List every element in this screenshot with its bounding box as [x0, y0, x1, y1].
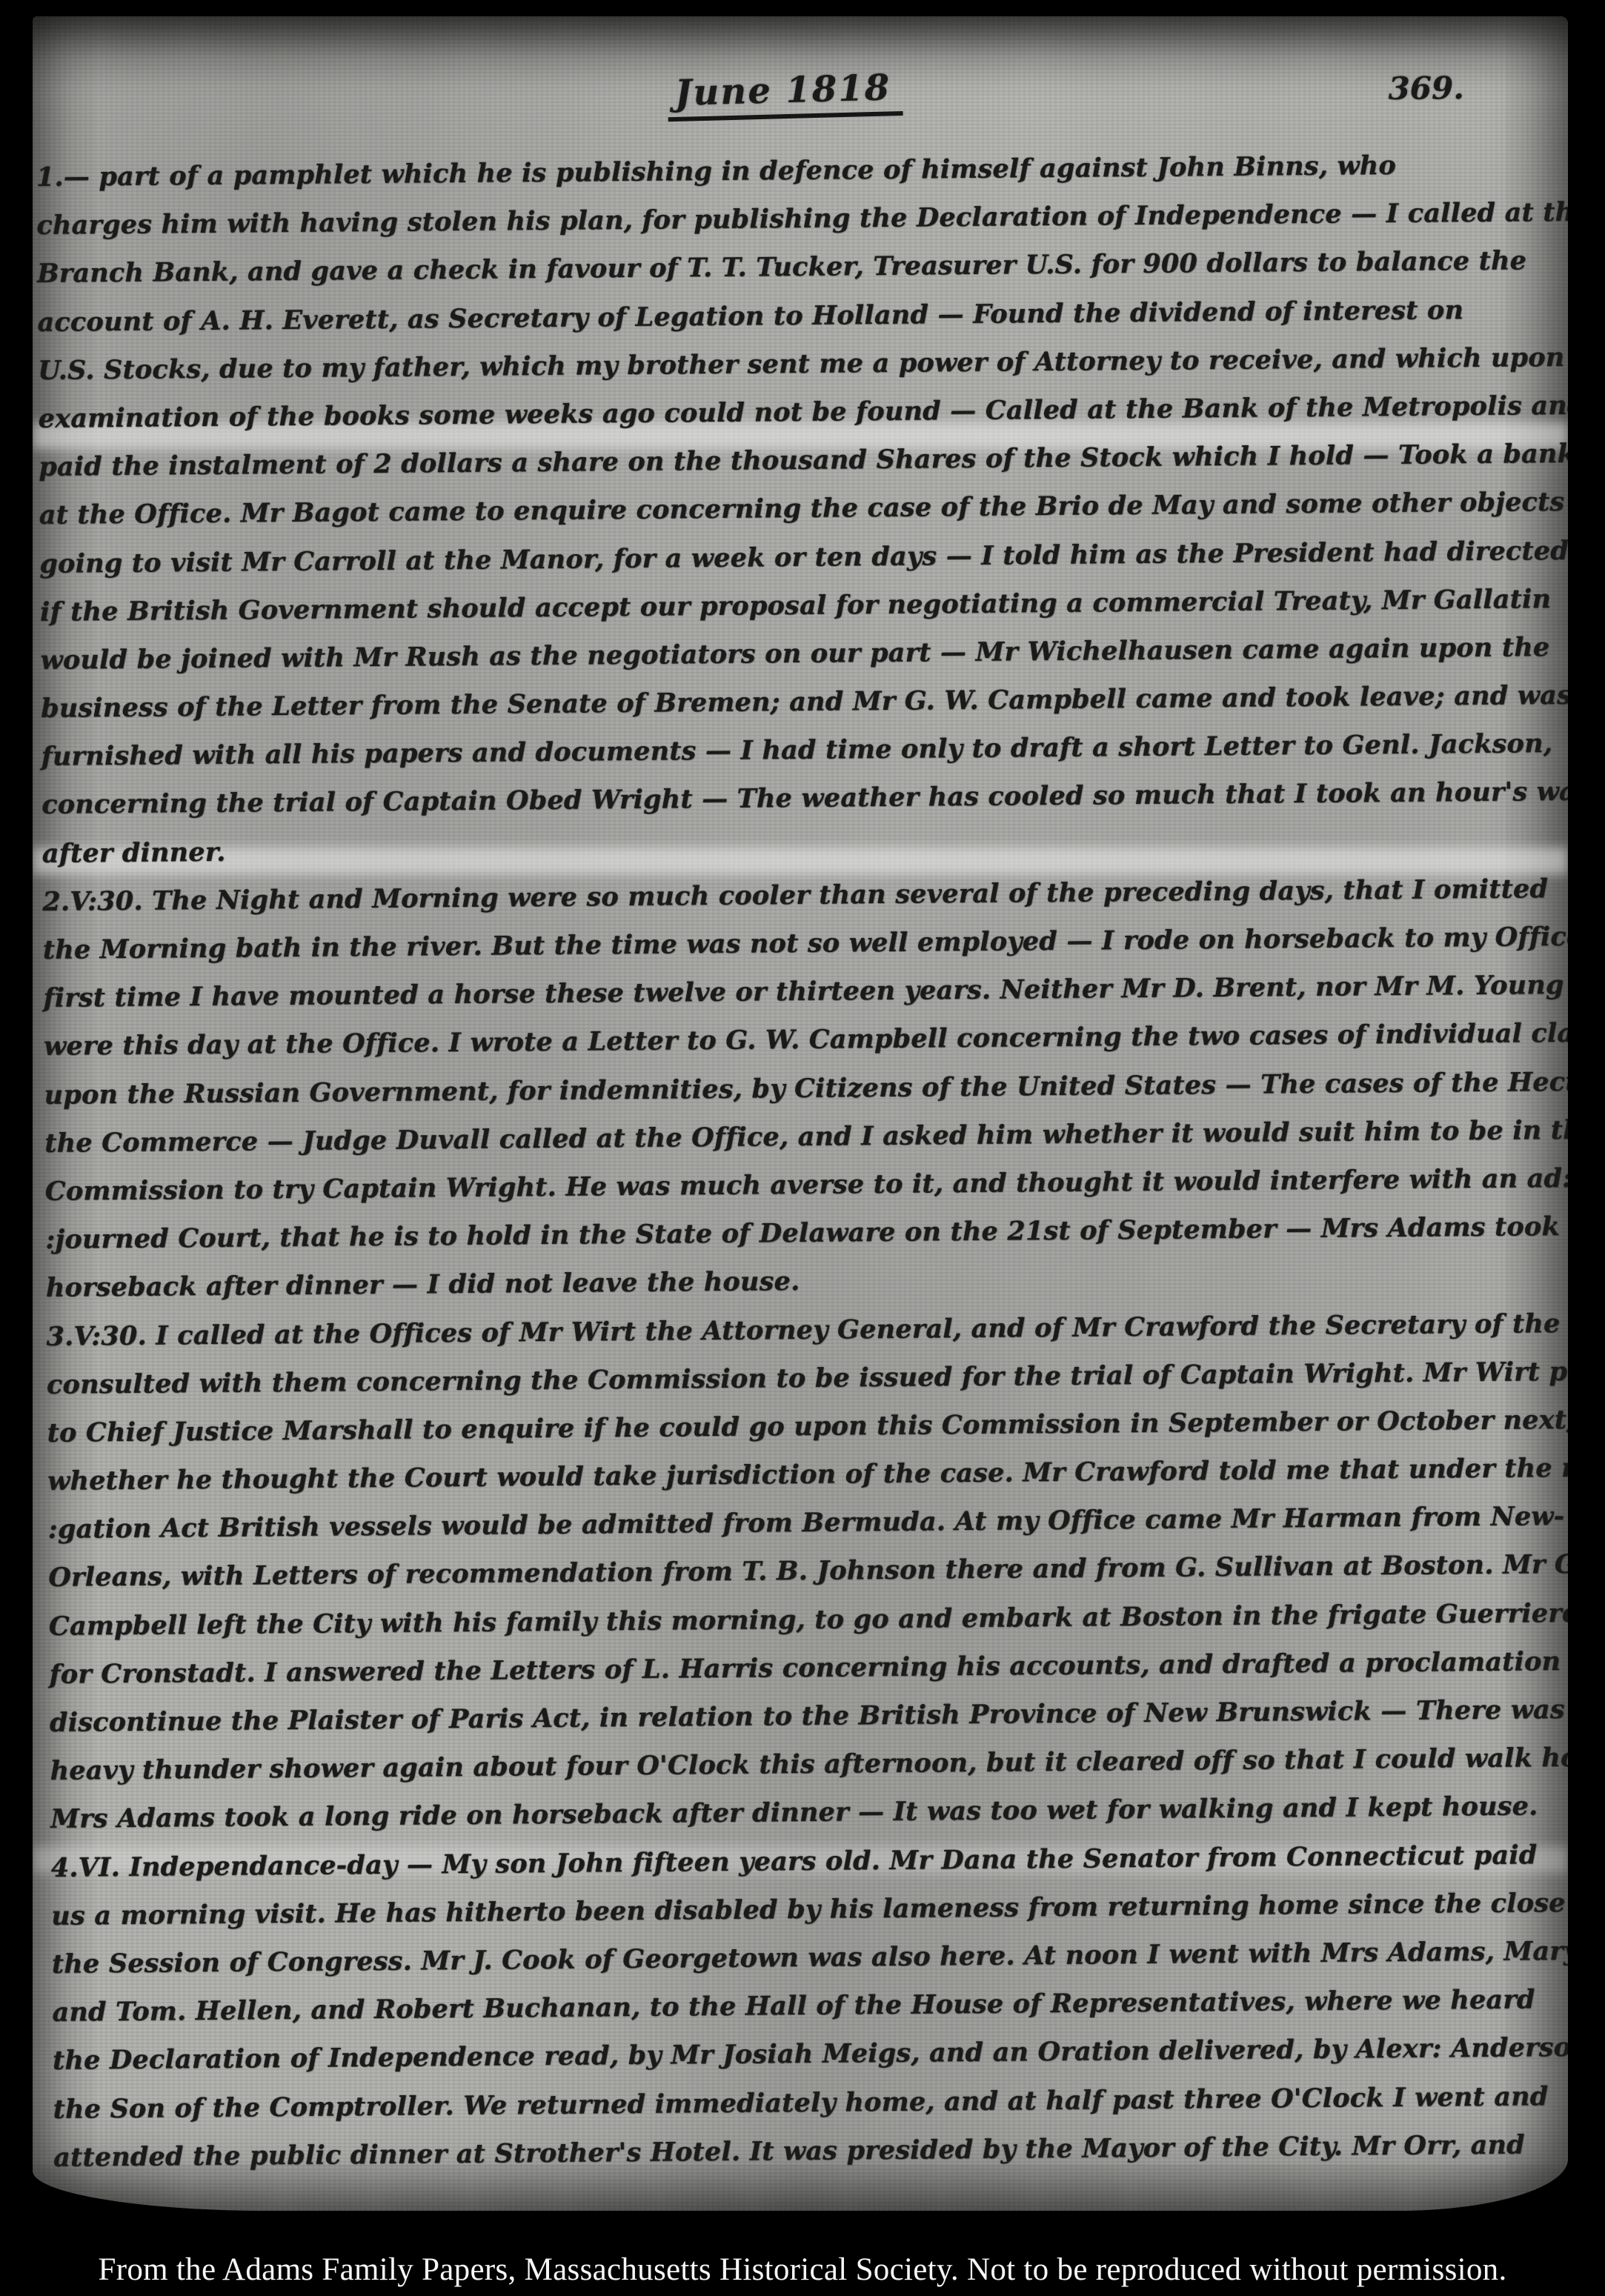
diary-entry: 2.V:30. The Night and Morning were so mu…	[42, 865, 1555, 1312]
manuscript-page: June 1818 369. 1.— part of a pamphlet wh…	[33, 16, 1568, 2211]
footer-credit-bar: From the Adams Family Papers, Massachuse…	[0, 2243, 1605, 2296]
page-number: 369.	[1388, 70, 1464, 107]
scanned-diary-page: June 1818 369. 1.— part of a pamphlet wh…	[0, 0, 1605, 2296]
manuscript-text: 1.— part of a pamphlet which he is publi…	[36, 140, 1563, 2182]
diary-entry: 1.— part of a pamphlet which he is publi…	[36, 140, 1551, 878]
footer-credit: From the Adams Family Papers, Massachuse…	[98, 2252, 1506, 2288]
page-header: June 1818 369.	[36, 60, 1545, 153]
page-title: June 1818	[667, 67, 903, 122]
manuscript-content: June 1818 369. 1.— part of a pamphlet wh…	[36, 60, 1563, 2182]
diary-entry: 3.V:30. I called at the Offices of Mr Wi…	[46, 1300, 1559, 1844]
diary-entry: 4.VI. Independance-day — My son John fif…	[50, 1831, 1562, 2182]
